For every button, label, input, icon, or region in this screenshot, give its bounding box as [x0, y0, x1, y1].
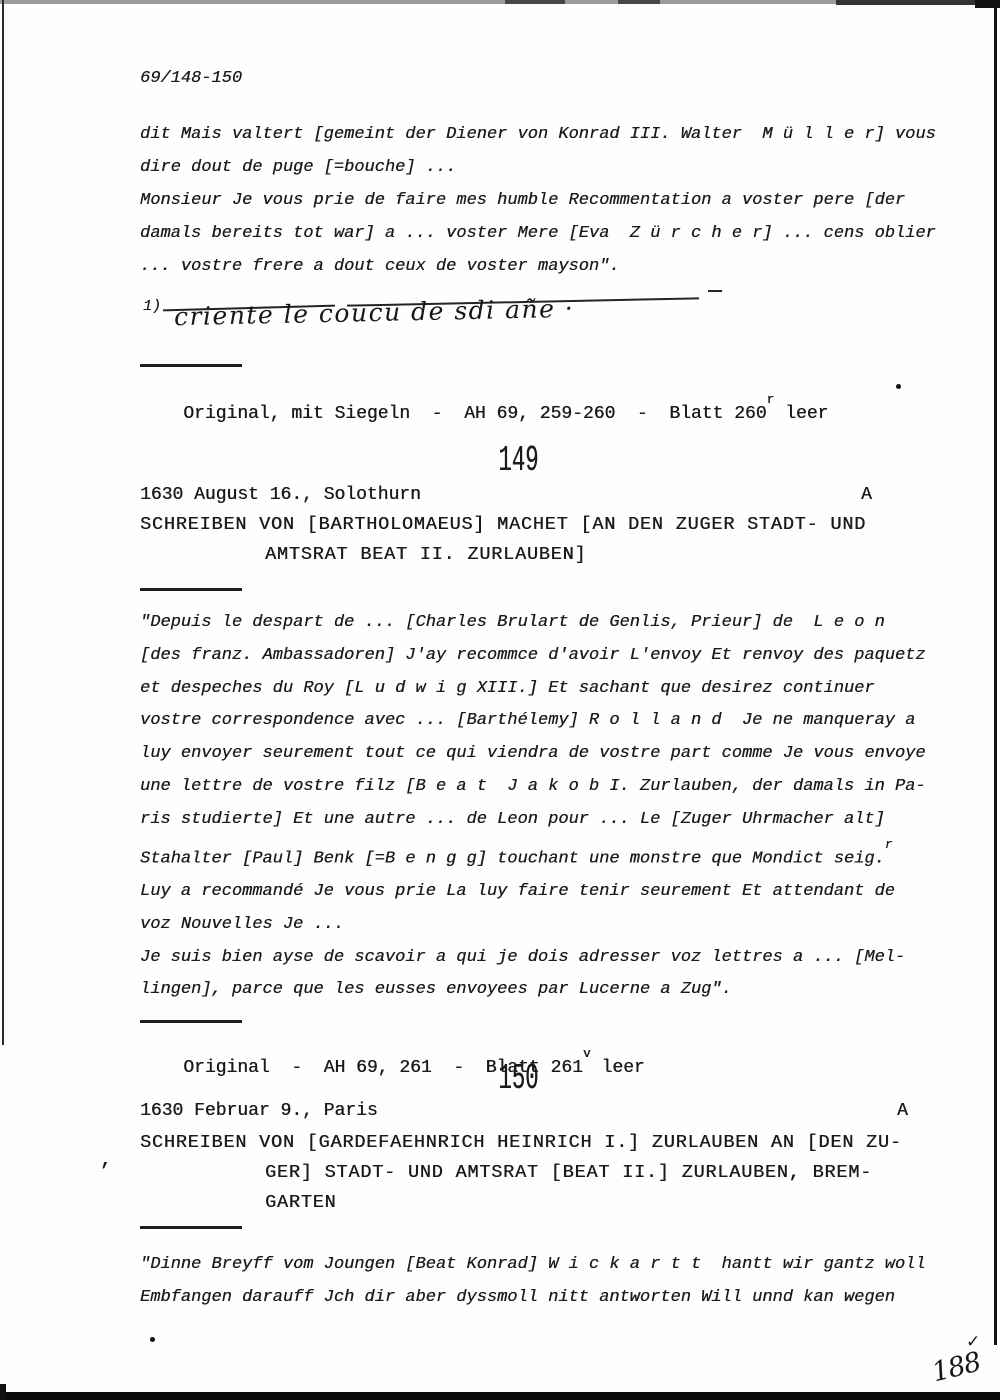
entry-149-number: 149 — [140, 446, 896, 481]
quote-line: damals bereits tot war] a ... voster Mer… — [140, 217, 936, 250]
scan-corner-mark — [975, 0, 1000, 8]
footnote-marker: 1) — [143, 296, 161, 318]
entry-150-title: SCHREIBEN VON [GARDEFAEHNRICH HEINRICH I… — [140, 1132, 902, 1154]
quote-line: une lettre de vostre filz [B e a t J a k… — [140, 771, 926, 804]
folio-superscript: v — [583, 1046, 591, 1061]
quote-line: [des franz. Ambassadoren] J'ay recommce … — [140, 640, 926, 673]
quote-line: ris studierte] Et une autre ... de Leon … — [140, 804, 926, 837]
scanned-register-page: 69/148-150 dit Mais valtert [gemeint der… — [0, 0, 1000, 1400]
scan-bottom-bar — [0, 1392, 1000, 1400]
quote-line: Stahalter [Paul] Benk [=B e n g g] touch… — [140, 837, 926, 876]
entry-150-number: 150 — [140, 1064, 896, 1099]
separator-rule — [140, 364, 242, 367]
quote-line: ... vostre frere a dout ceux de voster m… — [140, 250, 936, 283]
quote-line: lingen], parce que les eusses envoyees p… — [140, 974, 926, 1007]
quote-line: voz Nouvelles Je ... — [140, 909, 926, 942]
quote-line: dit Mais valtert [gemeint der Diener von… — [140, 118, 936, 151]
entry-149-quote: "Depuis le despart de ... [Charles Brula… — [140, 607, 926, 1007]
quote-line: Je suis bien ayse de scavoir a qui je do… — [140, 942, 926, 975]
provenance-text: leer — [774, 404, 828, 424]
entry-149-dateline: 1630 August 16., Solothurn — [140, 484, 421, 506]
entry-148-quote: dit Mais valtert [gemeint der Diener von… — [140, 118, 936, 283]
stray-ink-dot — [896, 384, 901, 389]
quote-line: Embfangen darauff Jch dir aber dyssmoll … — [140, 1281, 926, 1314]
entry-149-title: AMTSRAT BEAT II. ZURLAUBEN] — [265, 544, 586, 566]
scan-top-edge-mark — [618, 0, 660, 4]
entry-149-title: SCHREIBEN VON [BARTHOLOMAEUS] MACHET [AN… — [140, 514, 866, 536]
entry-150-title: GER] STADT- UND AMTSRAT [BEAT II.] ZURLA… — [265, 1162, 872, 1184]
provenance-text: Original, mit Siegeln - AH 69, 259-260 -… — [183, 404, 766, 424]
handwriting-overline-dash — [708, 290, 722, 292]
page-reference: 69/148-150 — [140, 68, 242, 90]
provenance-148: Original, mit Siegeln - AH 69, 259-260 -… — [140, 375, 828, 447]
scan-left-border — [2, 0, 4, 1045]
separator-rule — [140, 1020, 242, 1023]
scan-right-border — [994, 8, 997, 1345]
handwritten-annotation: criente le coucu de sdi añe · — [174, 294, 575, 331]
entry-149-series-mark: A — [861, 484, 872, 506]
quote-line: Monsieur Je vous prie de faire mes humbl… — [140, 184, 936, 217]
scan-top-edge-mark — [505, 0, 565, 4]
folio-superscript: r — [767, 392, 775, 407]
quote-line: et despeches du Roy [L u d w i g XIII.] … — [140, 673, 926, 706]
stray-comma-mark: , — [100, 1150, 112, 1172]
quote-line: luy envoyer seurement tout ce qui viendr… — [140, 738, 926, 771]
entry-150-quote: "Dinne Breyff vom Joungen [Beat Konrad] … — [140, 1248, 926, 1314]
quote-line: vostre correspondence avec ... [Barthéle… — [140, 705, 926, 738]
folio-superscript: r — [885, 837, 893, 852]
stray-ink-dot — [150, 1337, 155, 1342]
scan-bottom-left-mark — [0, 1384, 6, 1400]
entry-150-dateline: 1630 Februar 9., Paris — [140, 1100, 378, 1122]
quote-line: dire dout de puge [=bouche] ... — [140, 151, 936, 184]
quote-line: "Depuis le despart de ... [Charles Brula… — [140, 607, 926, 640]
entry-150-title: GARTEN — [265, 1192, 336, 1214]
quote-line: "Dinne Breyff vom Joungen [Beat Konrad] … — [140, 1248, 926, 1281]
separator-rule — [140, 588, 242, 591]
entry-150-series-mark: A — [897, 1100, 908, 1122]
quote-line: Luy a recommandé Je vous prie La luy fai… — [140, 876, 926, 909]
separator-rule — [140, 1226, 242, 1229]
handwritten-page-number: 188 — [929, 1347, 984, 1389]
